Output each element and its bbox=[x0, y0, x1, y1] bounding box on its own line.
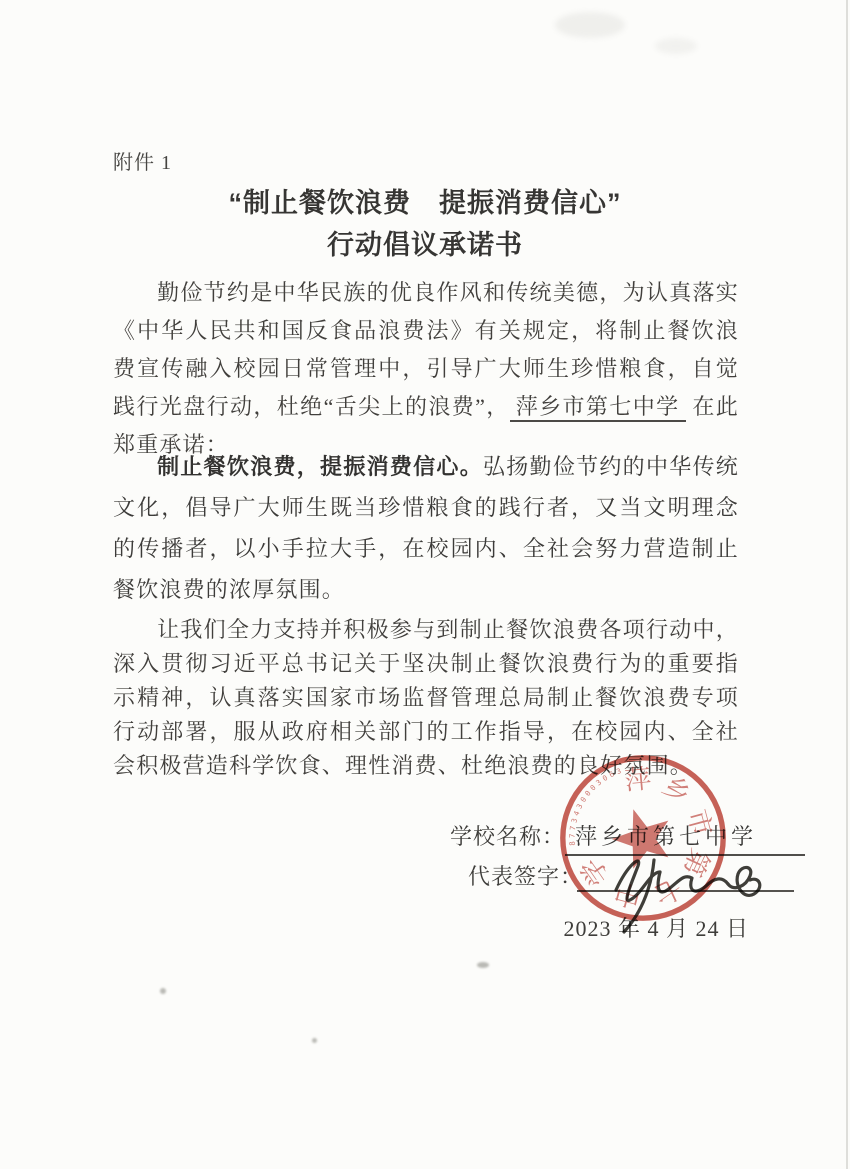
svg-text:3: 3 bbox=[569, 817, 579, 823]
scan-smudge bbox=[655, 38, 697, 54]
school-name-fill-in: 萍乡市第七中学 bbox=[510, 394, 686, 422]
handwritten-signature bbox=[598, 846, 778, 938]
svg-text:7: 7 bbox=[568, 833, 577, 838]
seal-code-text: 3603000343778 bbox=[568, 766, 623, 846]
scan-speck bbox=[160, 988, 166, 994]
document-title-line1: “制止餐饮浪费 提振消费信心” bbox=[113, 182, 737, 224]
document-title-line2: 行动倡议承诺书 bbox=[113, 224, 737, 266]
svg-text:3: 3 bbox=[575, 802, 585, 810]
pledge-lead-text: 制止餐饮浪费，提振消费信心。 bbox=[157, 454, 483, 479]
svg-text:8: 8 bbox=[568, 841, 577, 846]
signature-stroke bbox=[728, 867, 760, 895]
scan-speck bbox=[312, 1038, 317, 1043]
signature-stroke bbox=[658, 872, 728, 892]
svg-text:萍: 萍 bbox=[623, 763, 652, 795]
svg-text:6: 6 bbox=[608, 769, 616, 779]
svg-text:7: 7 bbox=[568, 825, 578, 831]
document-title: “制止餐饮浪费 提振消费信心” 行动倡议承诺书 bbox=[113, 182, 737, 266]
svg-text:市: 市 bbox=[682, 806, 718, 839]
attachment-label: 附件 1 bbox=[113, 146, 172, 175]
paragraph-pledge: 制止餐饮浪费，提振消费信心。弘扬勤俭节约的中华传统文化，倡导广大师生既当珍惜粮食… bbox=[113, 446, 739, 610]
svg-text:3: 3 bbox=[615, 766, 622, 776]
scan-speck bbox=[477, 962, 489, 968]
paragraph-intro: 勤俭节约是中华民族的优良作风和传统美德，为认真落实《中华人民共和国反食品浪费法》… bbox=[113, 274, 739, 464]
svg-text:0: 0 bbox=[601, 773, 610, 783]
school-name-label: 学校名称： bbox=[450, 824, 565, 849]
scan-smudge bbox=[555, 12, 625, 38]
scanned-document-page: 附件 1 “制止餐饮浪费 提振消费信心” 行动倡议承诺书 勤俭节约是中华民族的优… bbox=[0, 0, 850, 1169]
svg-text:4: 4 bbox=[572, 809, 582, 817]
scan-edge-artifact bbox=[846, 0, 848, 1169]
